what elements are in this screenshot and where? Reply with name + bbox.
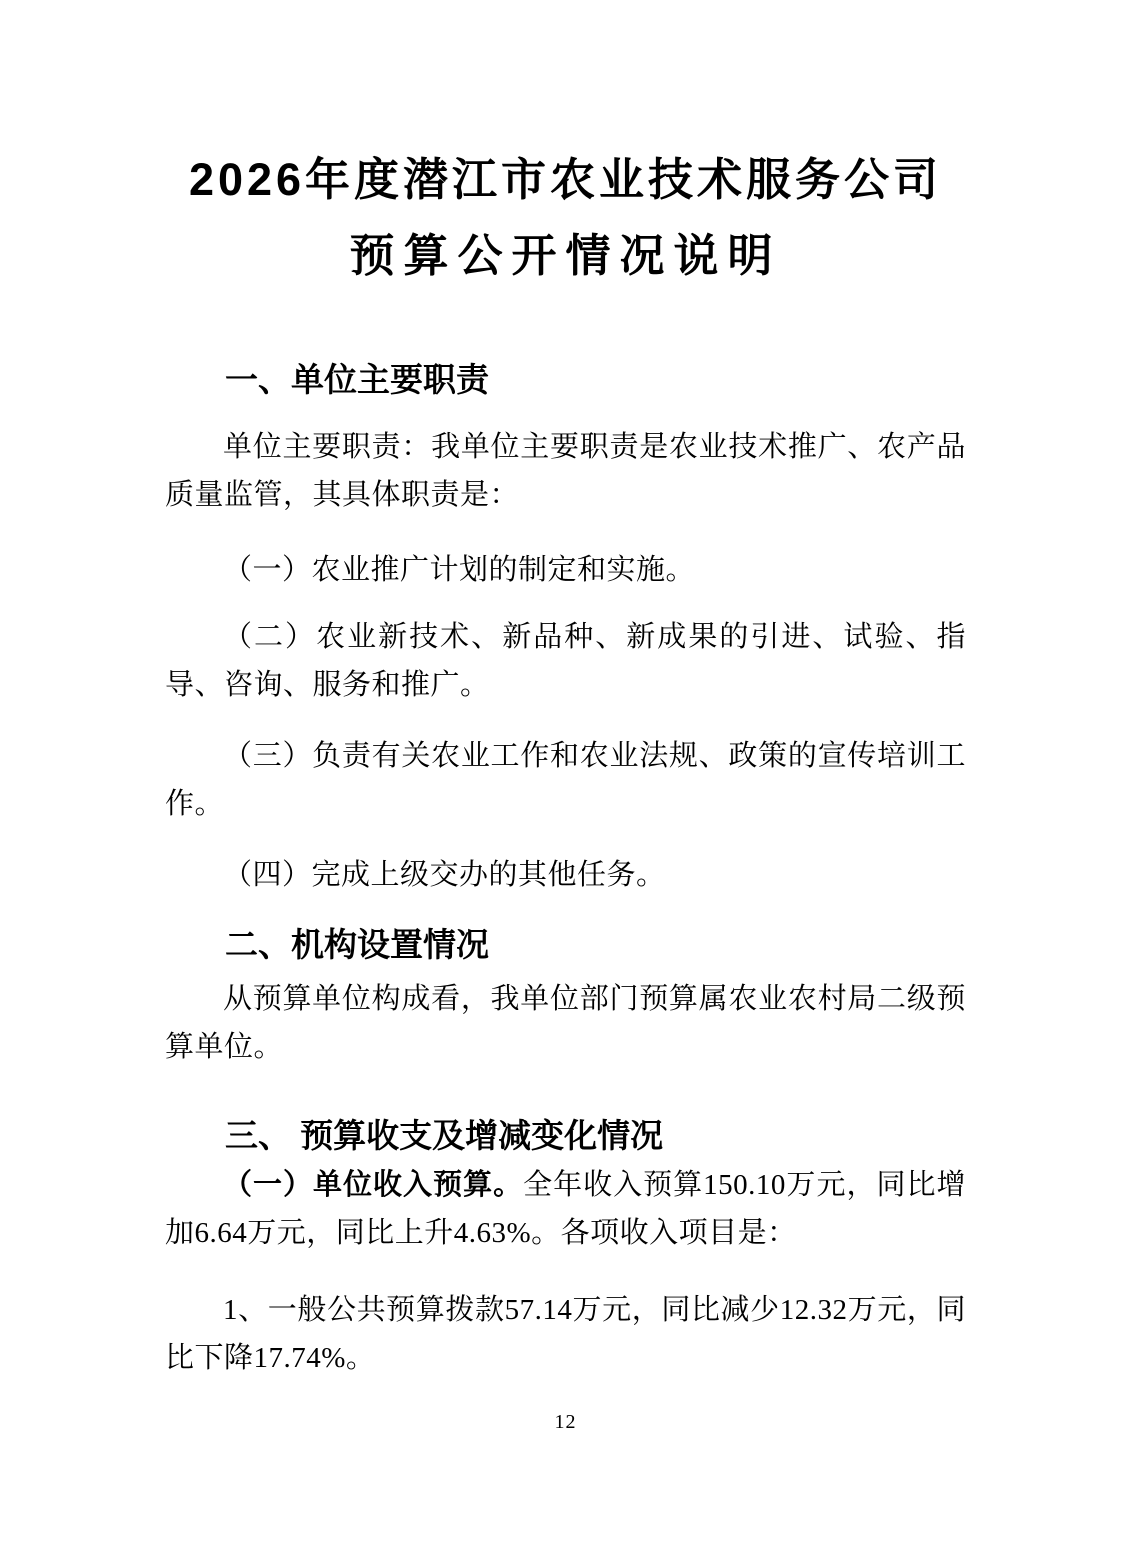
section-3-income-bold-lead: （一）单位收入预算。 [223,1169,523,1201]
section-1-item-1: （一）农业推广计划的制定和实施。 [165,546,966,594]
section-1-item-4: （四）完成上级交办的其他任务。 [165,851,966,899]
section-1-item-2: （二）农业新技术、新品种、新成果的引进、试验、指导、咨询、服务和推广。 [165,613,966,709]
section-1-intro-paragraph: 单位主要职责：我单位主要职责是农业技术推广、农产品质量监管，其具体职责是： [165,423,966,519]
section-2-paragraph: 从预算单位构成看，我单位部门预算属农业农村局二级预算单位。 [165,975,966,1071]
document-title-line-2: 预算公开情况说明 [165,226,966,286]
section-2-heading: 二、机构设置情况 [165,921,966,969]
section-3-item-1: 1、一般公共预算拨款57.14万元，同比减少12.32万元，同比下降17.74%… [165,1286,966,1382]
document-page: 2026年度潜江市农业技术服务公司 预算公开情况说明 一、单位主要职责 单位主要… [0,0,1124,1553]
section-1-heading: 一、单位主要职责 [165,356,966,404]
document-title-line-1: 2026年度潜江市农业技术服务公司 [165,150,966,210]
section-3-heading: 三、 预算收支及增减变化情况 [165,1112,966,1160]
section-3-income-paragraph: （一）单位收入预算。全年收入预算150.10万元，同比增加6.64万元，同比上升… [165,1161,966,1257]
section-1-item-3: （三）负责有关农业工作和农业法规、政策的宣传培训工作。 [165,732,966,828]
page-number: 12 [165,1409,966,1435]
